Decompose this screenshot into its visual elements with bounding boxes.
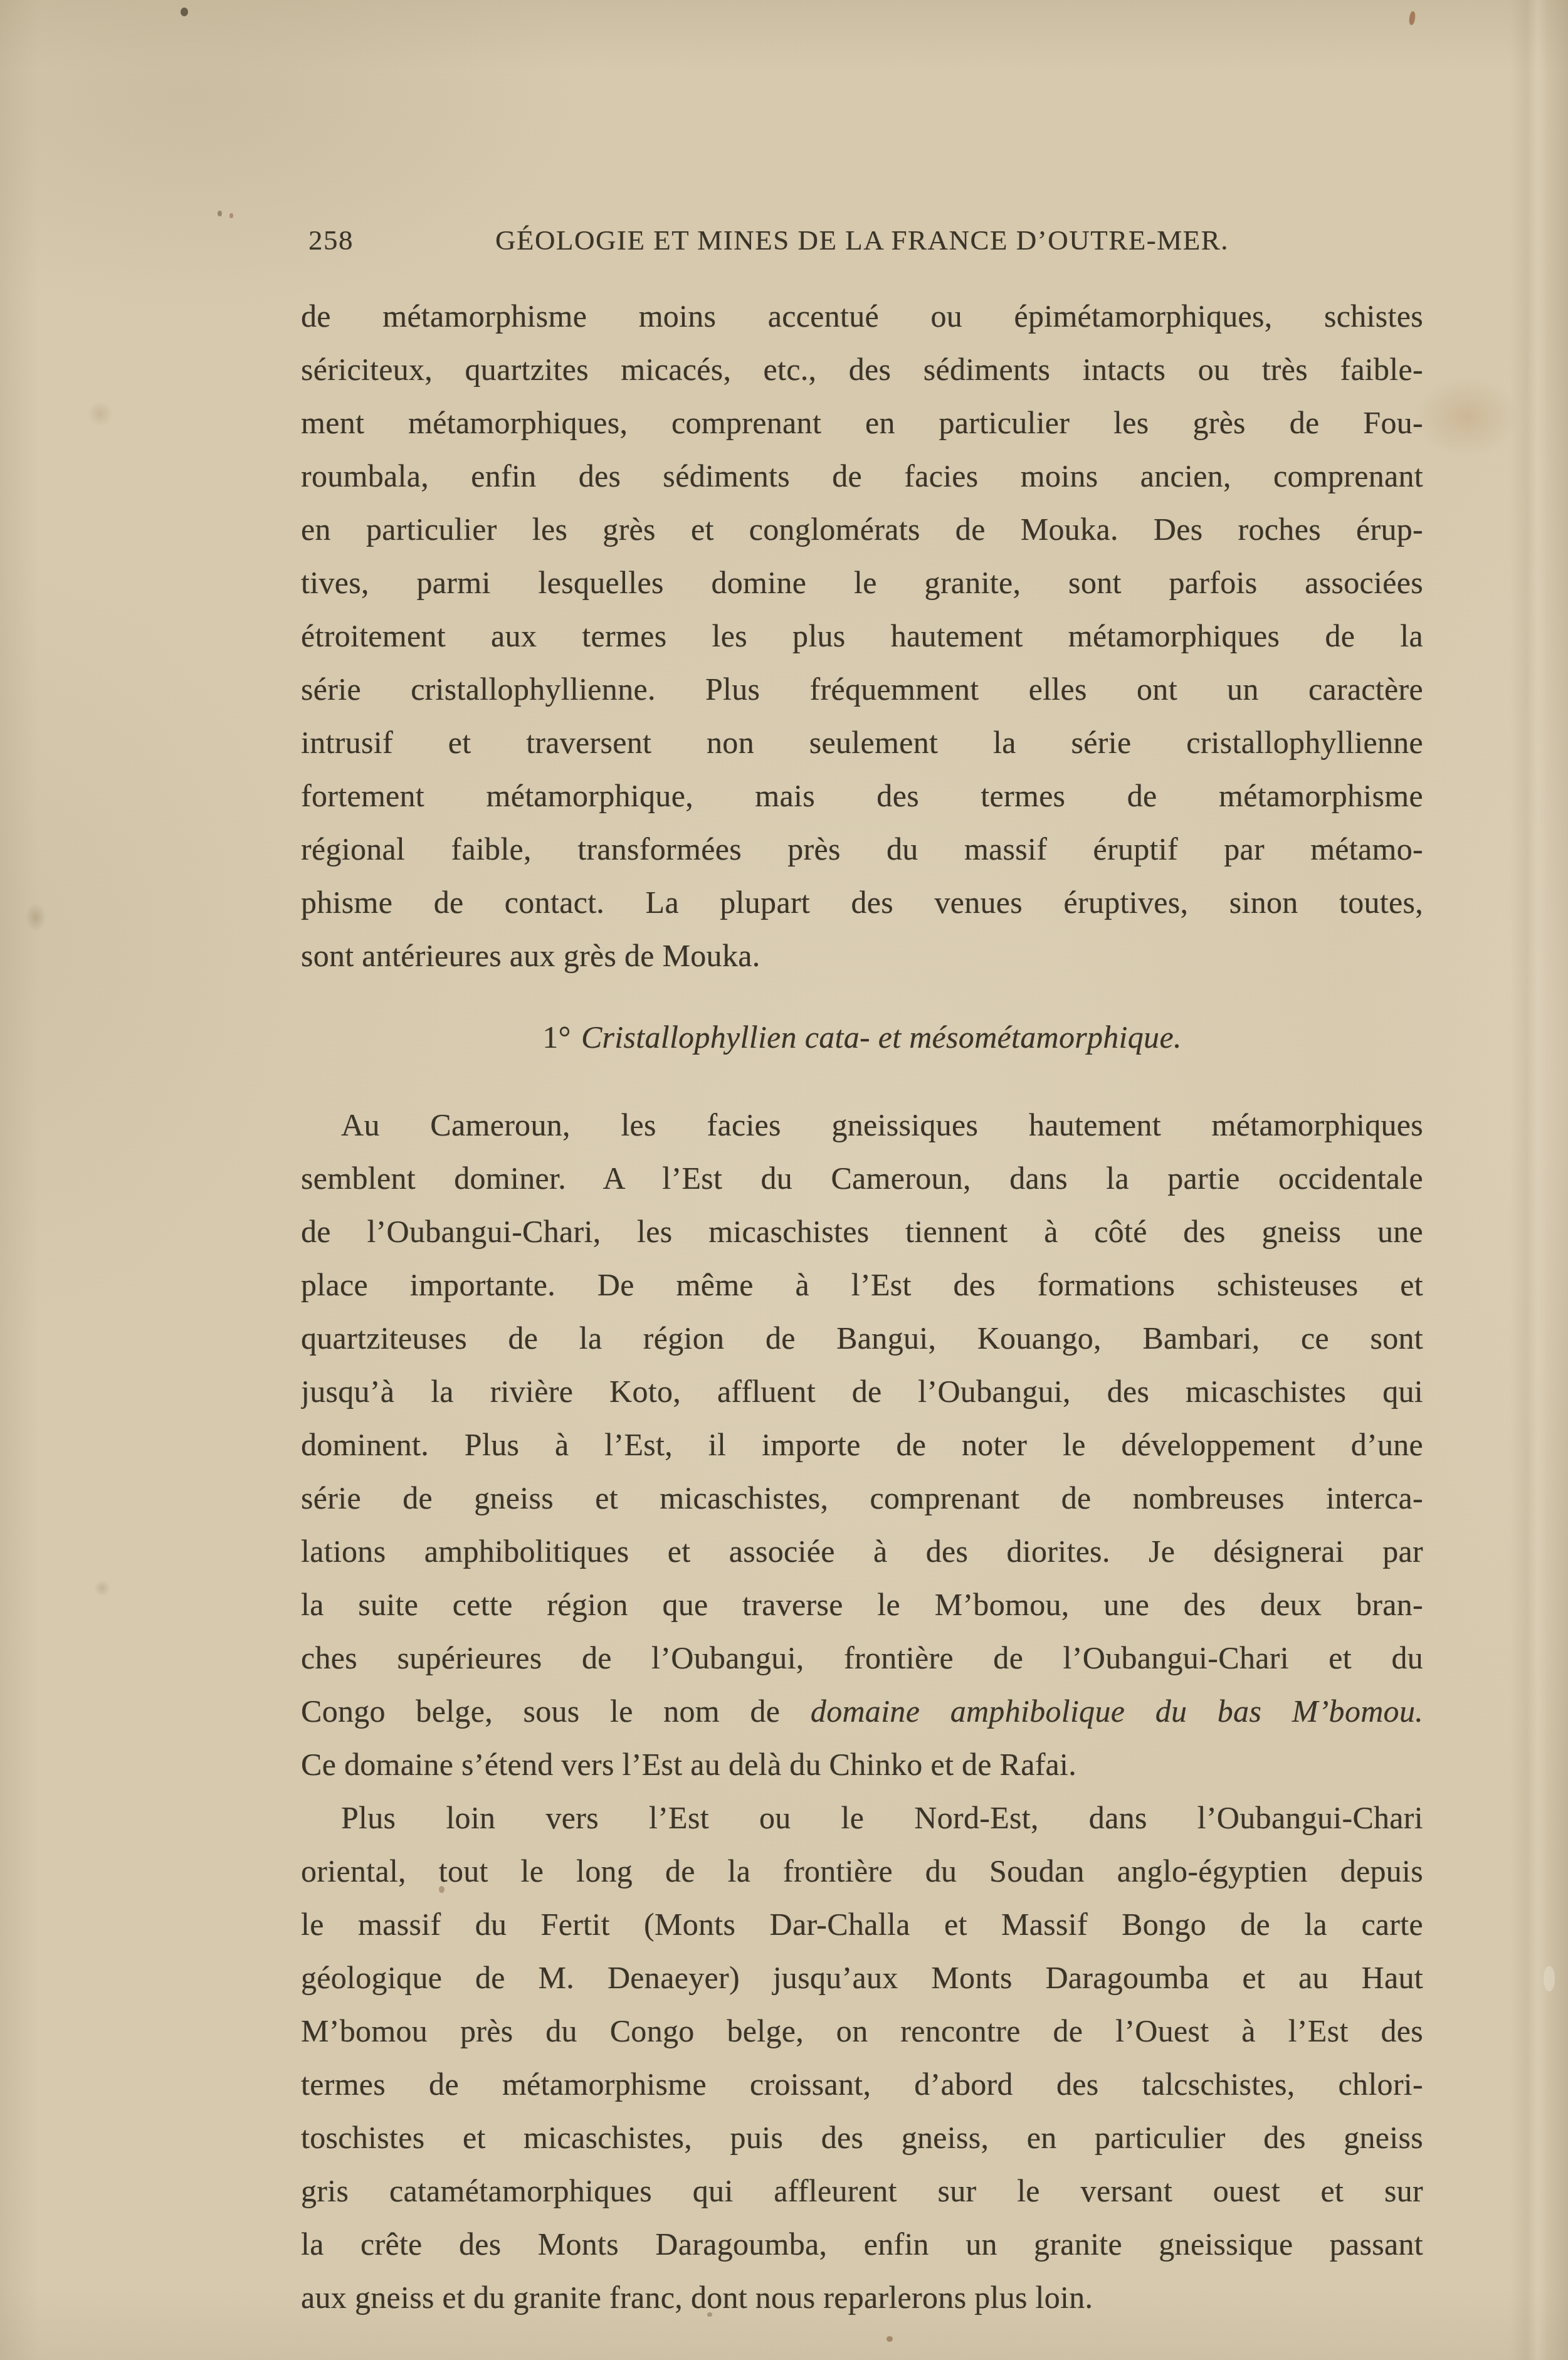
text-line: fortement métamorphique, mais des termes…	[301, 769, 1423, 823]
text-line: Plus loin vers l’Est ou le Nord-Est, dan…	[301, 1791, 1423, 1845]
text-line-mixed: Congo belge, sous le nom de domaine amph…	[301, 1685, 1423, 1738]
stain-mark	[1414, 376, 1520, 458]
text-line: toschistes et micaschistes, puis des gne…	[301, 2111, 1423, 2164]
page-header: 258 GÉOLOGIE ET MINES DE LA FRANCE D’OUT…	[301, 221, 1423, 260]
stain-mark	[1544, 1966, 1555, 1991]
text-line: le massif du Fertit (Monts Dar-Challa et…	[301, 1898, 1423, 1951]
text-block: de métamorphisme moins accentué ou épimé…	[301, 290, 1423, 2324]
stain-mark	[887, 2336, 893, 2342]
text-line: la crête des Monts Daragoumba, enfin un …	[301, 2218, 1423, 2271]
text-line: Au Cameroun, les facies gneissiques haut…	[301, 1098, 1423, 1152]
section-heading: 1°Cristallophyllien cata- et mésométamor…	[301, 1011, 1423, 1064]
mixed-line-italic: domaine amphibolique du bas M’bomou.	[811, 1694, 1423, 1729]
text-line: tives, parmi lesquelles domine le granit…	[301, 556, 1423, 609]
text-line: dominent. Plus à l’Est, il importe de no…	[301, 1418, 1423, 1472]
running-title: GÉOLOGIE ET MINES DE LA FRANCE D’OUTRE-M…	[301, 221, 1423, 260]
text-line: jusqu’à la rivière Koto, affluent de l’O…	[301, 1365, 1423, 1418]
text-line: place importante. De même à l’Est des fo…	[301, 1258, 1423, 1312]
text-line: étroitement aux termes les plus hautemen…	[301, 609, 1423, 663]
text-line: en particulier les grès et conglomérats …	[301, 503, 1423, 556]
section-title: Cristallophyllien cata- et mésométamorph…	[581, 1019, 1182, 1055]
stain-mark	[94, 1580, 110, 1596]
page-number: 258	[308, 221, 354, 260]
text-line: Ce domaine s’étend vers l’Est au delà du…	[301, 1738, 1423, 1791]
text-line: intrusif et traversent non seulement la …	[301, 716, 1423, 769]
text-line: sériciteux, quartzites micacés, etc., de…	[301, 343, 1423, 396]
text-line: régional faible, transformées près du ma…	[301, 823, 1423, 876]
text-line: M’bomou près du Congo belge, on rencontr…	[301, 2004, 1423, 2058]
paragraph-1: de métamorphisme moins accentué ou épimé…	[301, 290, 1423, 982]
text-line: ment métamorphiques, comprenant en parti…	[301, 396, 1423, 450]
text-line: gris catamétamorphiques qui affleurent s…	[301, 2164, 1423, 2218]
text-line: semblent dominer. A l’Est du Cameroun, d…	[301, 1152, 1423, 1205]
paragraph-3: Plus loin vers l’Est ou le Nord-Est, dan…	[301, 1791, 1423, 2324]
text-line: la suite cette région que traverse le M’…	[301, 1578, 1423, 1631]
text-line: roumbala, enfin des sédiments de facies …	[301, 450, 1423, 503]
text-line: sont antérieures aux grès de Mouka.	[301, 929, 1423, 982]
book-page: 258 GÉOLOGIE ET MINES DE LA FRANCE D’OUT…	[0, 0, 1568, 2360]
stain-mark	[25, 903, 46, 932]
paragraph-2: Au Cameroun, les facies gneissiques haut…	[301, 1098, 1423, 1791]
text-line: termes de métamorphisme croissant, d’abo…	[301, 2058, 1423, 2111]
text-line: série de gneiss et micaschistes, compren…	[301, 1472, 1423, 1525]
section-number: 1°	[542, 1019, 571, 1055]
stain-mark	[181, 8, 188, 16]
stain-mark	[1409, 11, 1416, 25]
text-line: de métamorphisme moins accentué ou épimé…	[301, 290, 1423, 343]
stain-mark	[218, 211, 222, 216]
mixed-line-regular: Congo belge, sous le nom de	[301, 1694, 811, 1729]
text-line: quartziteuses de la région de Bangui, Ko…	[301, 1312, 1423, 1365]
stain-mark	[229, 213, 233, 218]
text-line: ches supérieures de l’Oubangui, frontièr…	[301, 1631, 1423, 1685]
text-line: oriental, tout le long de la frontière d…	[301, 1845, 1423, 1898]
text-line: géologique de M. Denaeyer) jusqu’aux Mon…	[301, 1951, 1423, 2004]
text-line: lations amphibolitiques et associée à de…	[301, 1525, 1423, 1578]
text-line: aux gneiss et du granite franc, dont nou…	[301, 2271, 1423, 2324]
text-line: série cristallophyllienne. Plus fréquemm…	[301, 663, 1423, 716]
text-line: phisme de contact. La plupart des venues…	[301, 876, 1423, 929]
text-line: de l’Oubangui-Chari, les micaschistes ti…	[301, 1205, 1423, 1258]
stain-mark	[88, 401, 113, 426]
